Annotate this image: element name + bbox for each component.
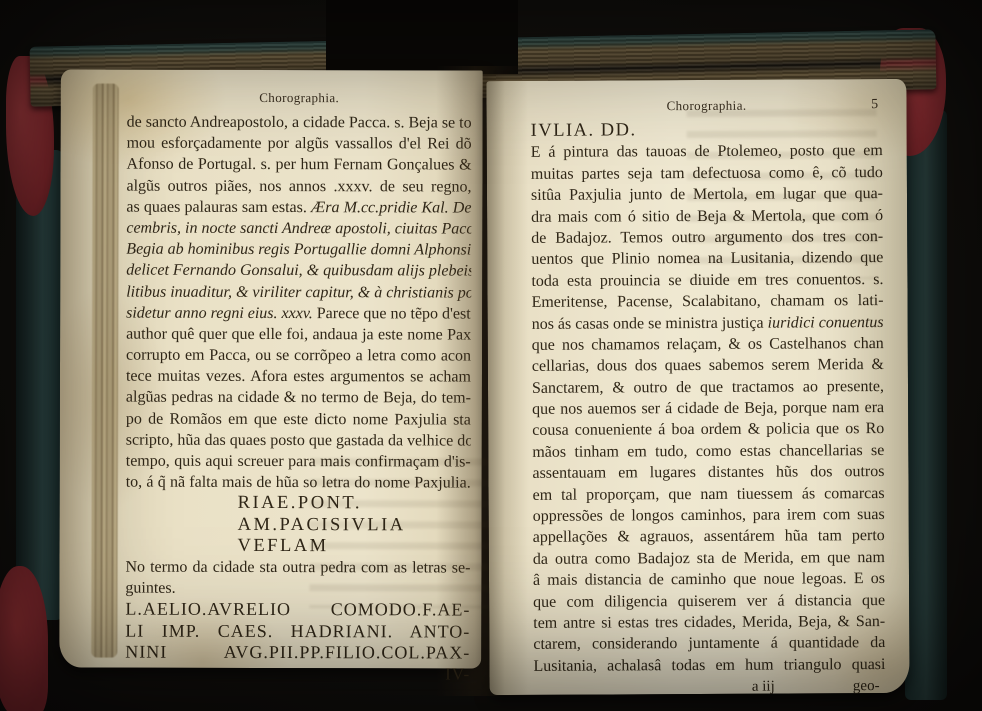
text-line: assentauam em lugares distantes hũs dos … [532, 461, 884, 484]
right-page: Chorographia. 5 IVLIA. DD.E á pintura da… [486, 79, 909, 695]
text-line: NINI AVG.PII.PP.FILIO.COL.PAX- [125, 641, 470, 663]
text-line: tece muitas vezes. Afora estes argumento… [126, 366, 471, 388]
text-line: Afonso de Portugal. s. per hum Fernam Go… [127, 154, 472, 176]
text-line: IVLIA. DD. [531, 119, 883, 142]
book-photo-scene: Chorographia. de sancto Andreapostolo, a… [0, 0, 982, 711]
text-line: guintes. [125, 578, 470, 600]
page-edges-left-strip [91, 84, 119, 658]
text-line: to, á q̃ nã falta mais de hũa so letra d… [126, 472, 471, 494]
text-line: corrupto em Pacca, ou se corrõpeo a letr… [126, 345, 471, 367]
text-line: tempo, quis aqui screuer para mais confi… [126, 451, 471, 473]
text-line: appellações & agrauos, assentárem hũa ta… [533, 525, 885, 548]
running-header-left: Chorographia. [127, 90, 472, 113]
text-line: No termo da cidade sta outra pedra com a… [125, 557, 470, 579]
cover-board-left [16, 150, 64, 620]
text-line: que com diligencia quiserem ver á distan… [533, 590, 885, 613]
text-line: po de Romãos em que este dicto nome Paxj… [126, 408, 471, 430]
text-line: da outra como Badajoz sta de Merida, em … [533, 547, 885, 570]
text-line: cellarias, dous dos quaes sabemos serem … [532, 354, 884, 377]
text-line: nos ás casas onde se ministra justiça iu… [532, 312, 884, 335]
text-line: scripto, hũa das quaes posto que gastada… [126, 429, 471, 451]
text-line: author quê quer que elle foi, andaua ja … [126, 323, 471, 345]
text-line: que nos auemos ser á cidade de Beja, por… [532, 397, 884, 420]
text-line: RIAE.PONT. [126, 493, 471, 515]
text-line: tem antre si estas tres cidades, Merida,… [533, 611, 885, 634]
right-page-textblock: Chorographia. 5 IVLIA. DD.E á pintura da… [530, 97, 885, 699]
text-line: que nos chamamos relaçam, & os Castelhan… [532, 333, 884, 356]
text-line: algũs outros piães, nos annos .xxxv. de … [126, 175, 471, 197]
text-line: toda esta prouincia se diuide em tres co… [531, 269, 883, 292]
text-line: Emeritense, Pacense, Scalabitano, chamam… [532, 290, 884, 313]
text-line: algũas pedras na cidade & no termo de Be… [126, 387, 471, 409]
text-line: AM.PACISIVLIA [126, 514, 471, 536]
text-line: muitas partes seja tam defectuosa como ê… [531, 162, 883, 185]
text-line: cembris, in nocte sancti Andreæ apostoli… [126, 218, 471, 240]
text-line: dra mais com ó sitio de Beja & Mertola, … [531, 205, 883, 228]
left-page: Chorographia. de sancto Andreapostolo, a… [59, 69, 483, 668]
text-line: Begia ab hominibus regis Portugallie dom… [126, 239, 471, 261]
running-header-right-title: Chorographia. [667, 98, 747, 113]
text-line: litibus inuaditur, & viriliter capitur, … [126, 281, 471, 303]
cover-board-right [905, 110, 947, 700]
signature-mark: a iij [752, 676, 775, 698]
text-line: uentos que Plinio nomea na Lusitania, di… [531, 247, 883, 270]
text-line: sidetur anno regni eius. xxxv. Parece qu… [126, 302, 471, 324]
text-line: em tal proporçam, que nam tiuessem ás co… [533, 483, 885, 506]
text-line: E á pintura das tauoas de Ptolemeo, post… [531, 140, 883, 163]
text-line: oppressões de longos caminhos, para irem… [533, 504, 885, 527]
folio-number: 5 [871, 97, 878, 113]
spine-gap [326, 0, 518, 74]
text-line: LI IMP. CAES. HADRIANI. ANTO- [125, 620, 470, 642]
text-line: â mais distancia de caminho que noue leg… [533, 568, 885, 591]
text-line: as quaes palauras sam estas. Æra M.cc.pr… [126, 196, 471, 218]
text-line: Sanctarem, & outro de que tractamos ao p… [532, 376, 884, 399]
left-page-textblock: Chorographia. de sancto Andreapostolo, a… [125, 90, 472, 685]
text-line: mãos tinham em tudo, como estas chancell… [532, 440, 884, 463]
text-line: de sancto Andreapostolo, a cidade Pacca.… [127, 112, 472, 134]
catchword-right: geo- [853, 675, 880, 697]
text-line: mou esforçadamente por algũs vassallos d… [127, 133, 472, 155]
text-line: de Badajoz. Temos outro argumento dos tr… [531, 226, 883, 249]
running-header-right: Chorographia. 5 [530, 97, 882, 121]
text-line: IV- [125, 662, 470, 684]
text-line: L.AELIO.AVRELIO COMODO.F.AE- [125, 599, 470, 621]
text-line: sitûa Paxjulia junto de Mertola, em luga… [531, 183, 883, 206]
text-line: Lusitania, achalasâ todas em hum triangu… [533, 654, 885, 677]
right-page-bottom-line: a iij geo- [534, 675, 886, 699]
right-page-lines: IVLIA. DD.E á pintura das tauoas de Ptol… [531, 119, 886, 677]
text-line: ctarem, considerando juntamente á quanti… [533, 632, 885, 655]
text-line: cousa conueniente á boa ordem & policia … [532, 418, 884, 441]
text-line: VEFLAM [126, 535, 471, 557]
left-page-lines: de sancto Andreapostolo, a cidade Pacca.… [125, 112, 471, 685]
text-line: delicet Fernando Gonsalui, & quibusdam a… [126, 260, 471, 282]
